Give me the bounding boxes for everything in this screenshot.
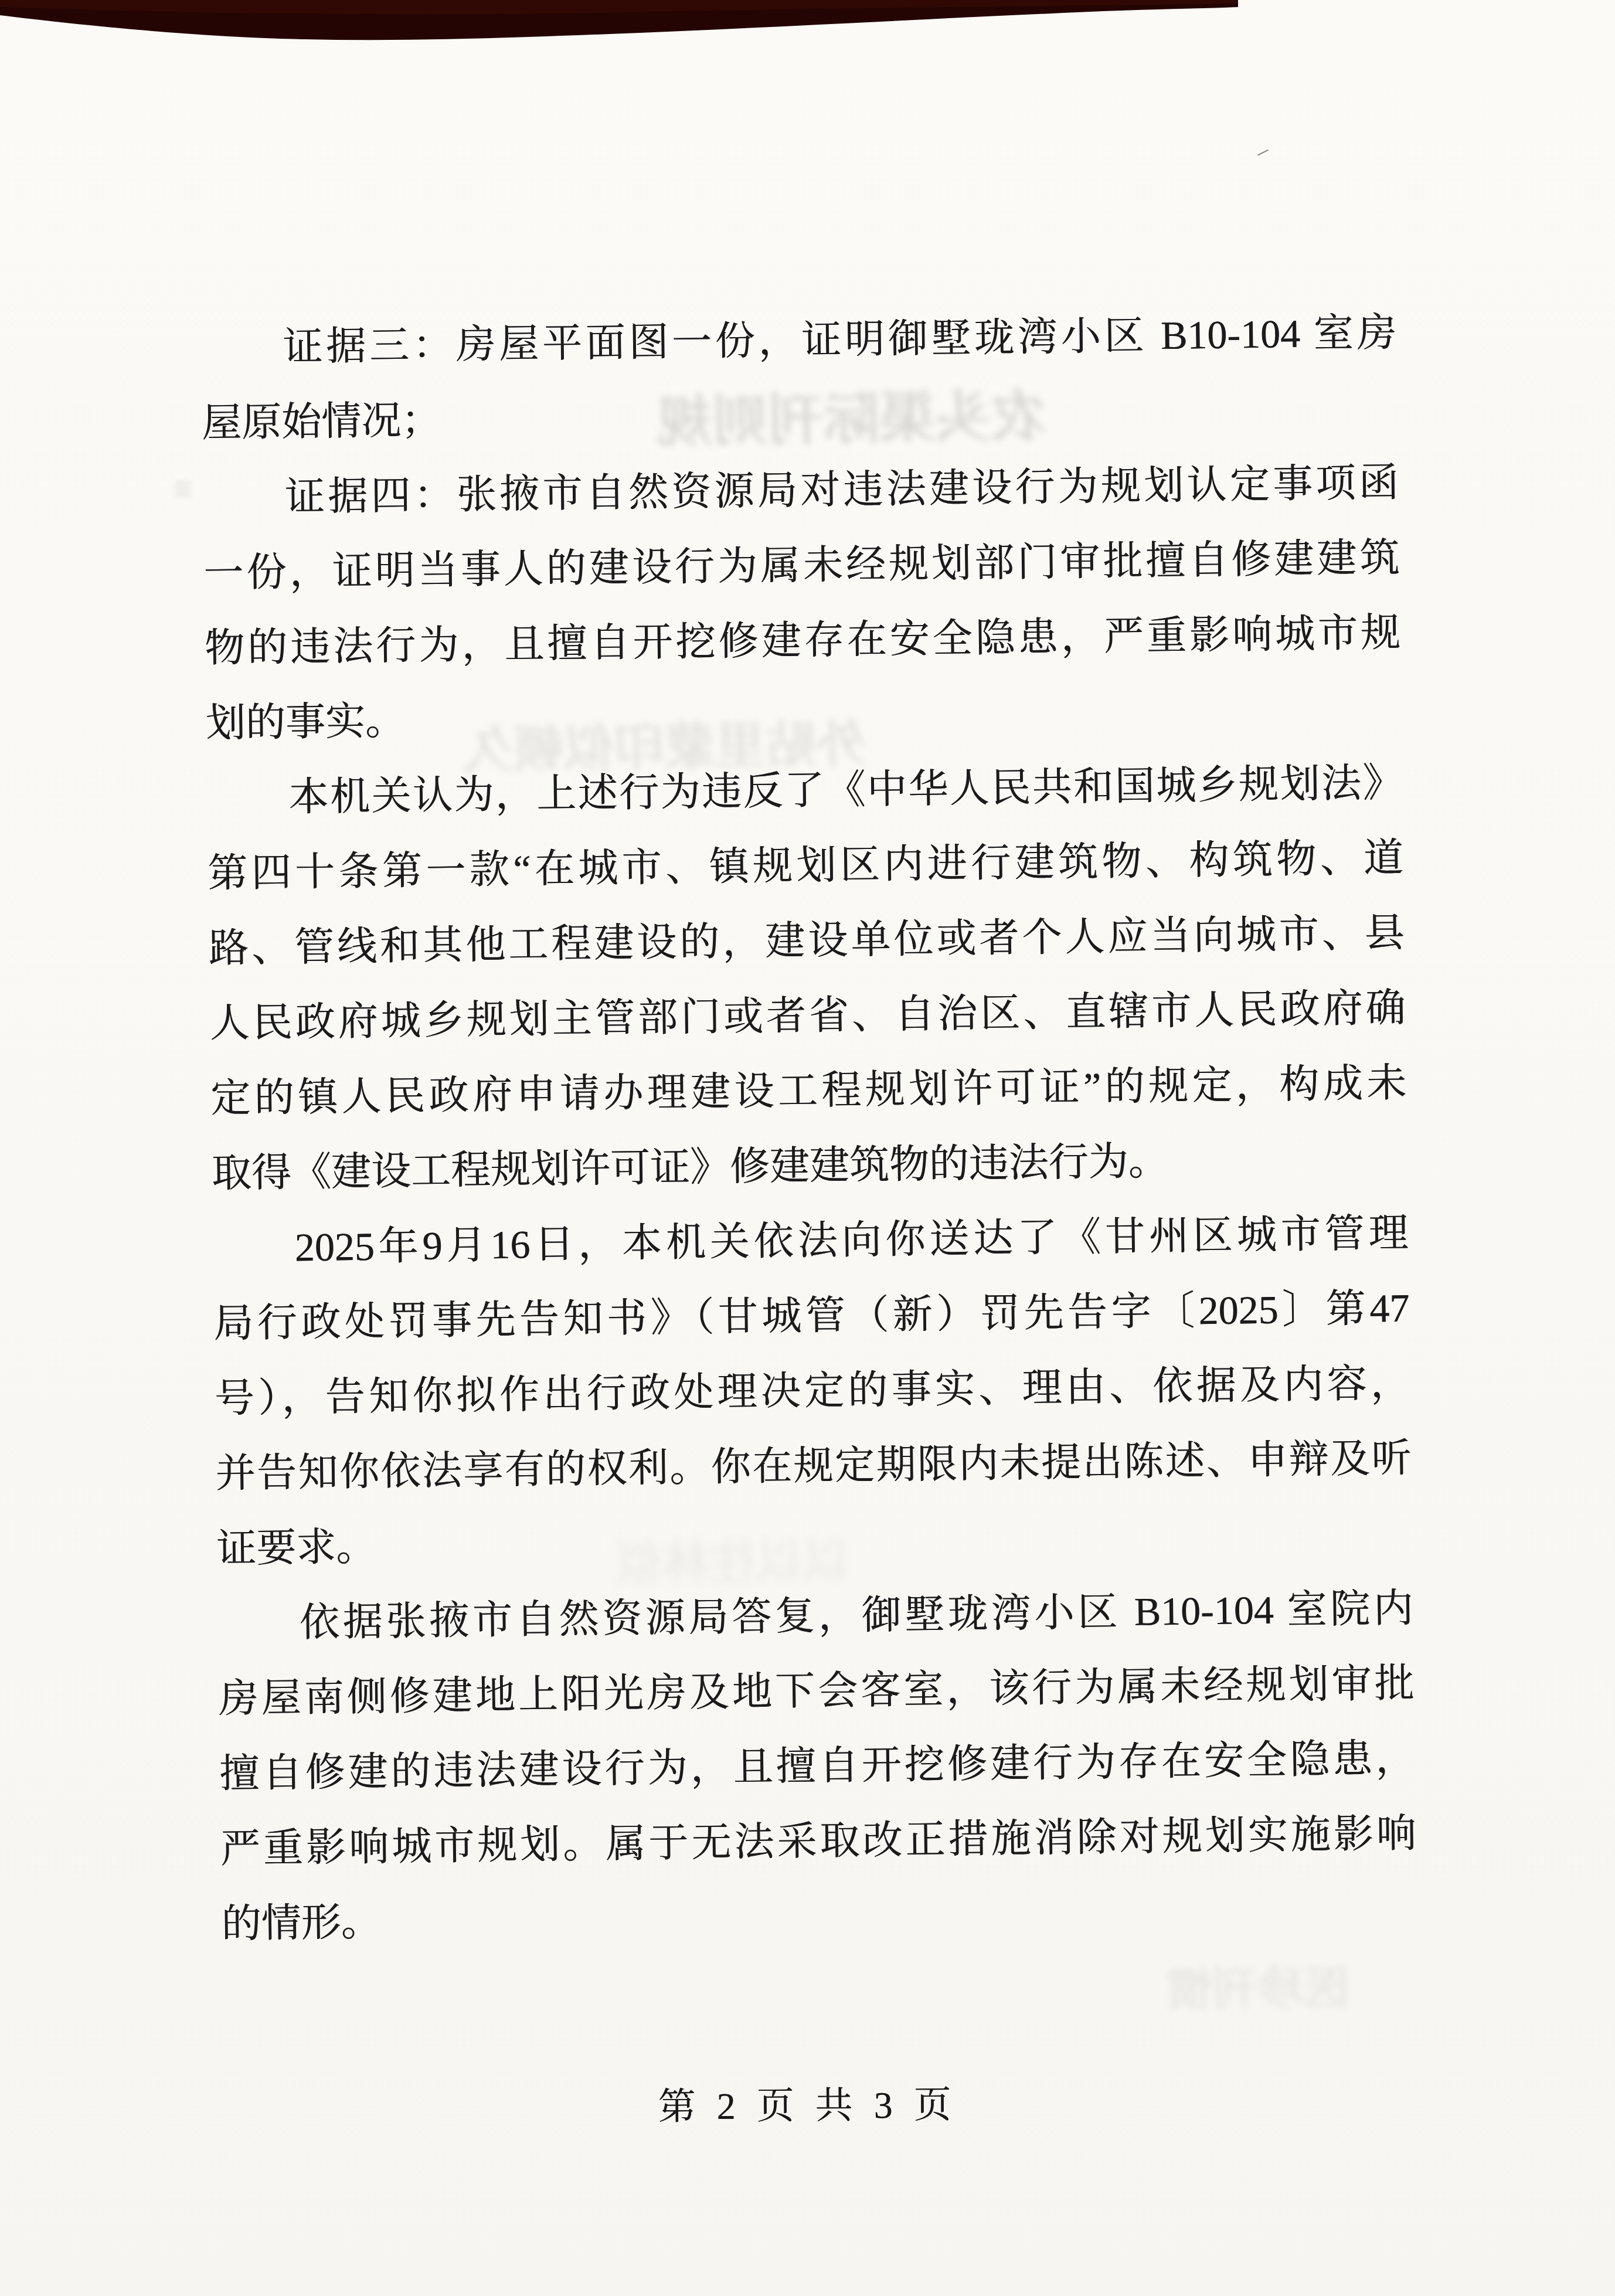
stray-pen-mark: ⸍ [1251,138,1273,174]
document-body: 证据三：房屋平面图一份，证明御墅珑湾小区 B10-104 室房屋原始情况；证据四… [200,295,1418,1961]
body-line: 严重影响城市规划。属于无法采取改正措施消除对规划实施影响 [220,1796,1417,1887]
body-line: 并告知你依法享有的权利。你在规定期限内未提出陈述、申辩及听 [215,1421,1412,1512]
bleed-through-ghost: 医珍刊惯 [1166,1951,1350,2019]
body-line: 的情形。 [221,1871,1418,1962]
page-number-text: 第 2 页 共 3 页 [658,2084,957,2128]
body-line: 定的镇人民政府申请办理建设工程规划许可证”的规定，构成未 [210,1045,1407,1136]
body-line: 物的违法行为，且擅自开挖修建存在安全隐患，严重影响城市规 [204,595,1401,686]
page-footer: 第 2 页 共 3 页 [0,2063,1615,2149]
scanned-document-page: 农头渠际刊则规外贴里蒙印似顿久以以往林似医珍刊惯≡ ⸍ 证据三：房屋平面图一份，… [0,0,1615,2296]
scan-edge-artifact [0,0,1615,53]
body-line: 证据三：房屋平面图一份，证明御墅珑湾小区 B10-104 室房 [200,295,1398,386]
bleed-through-ghost: ≡ [172,469,193,510]
